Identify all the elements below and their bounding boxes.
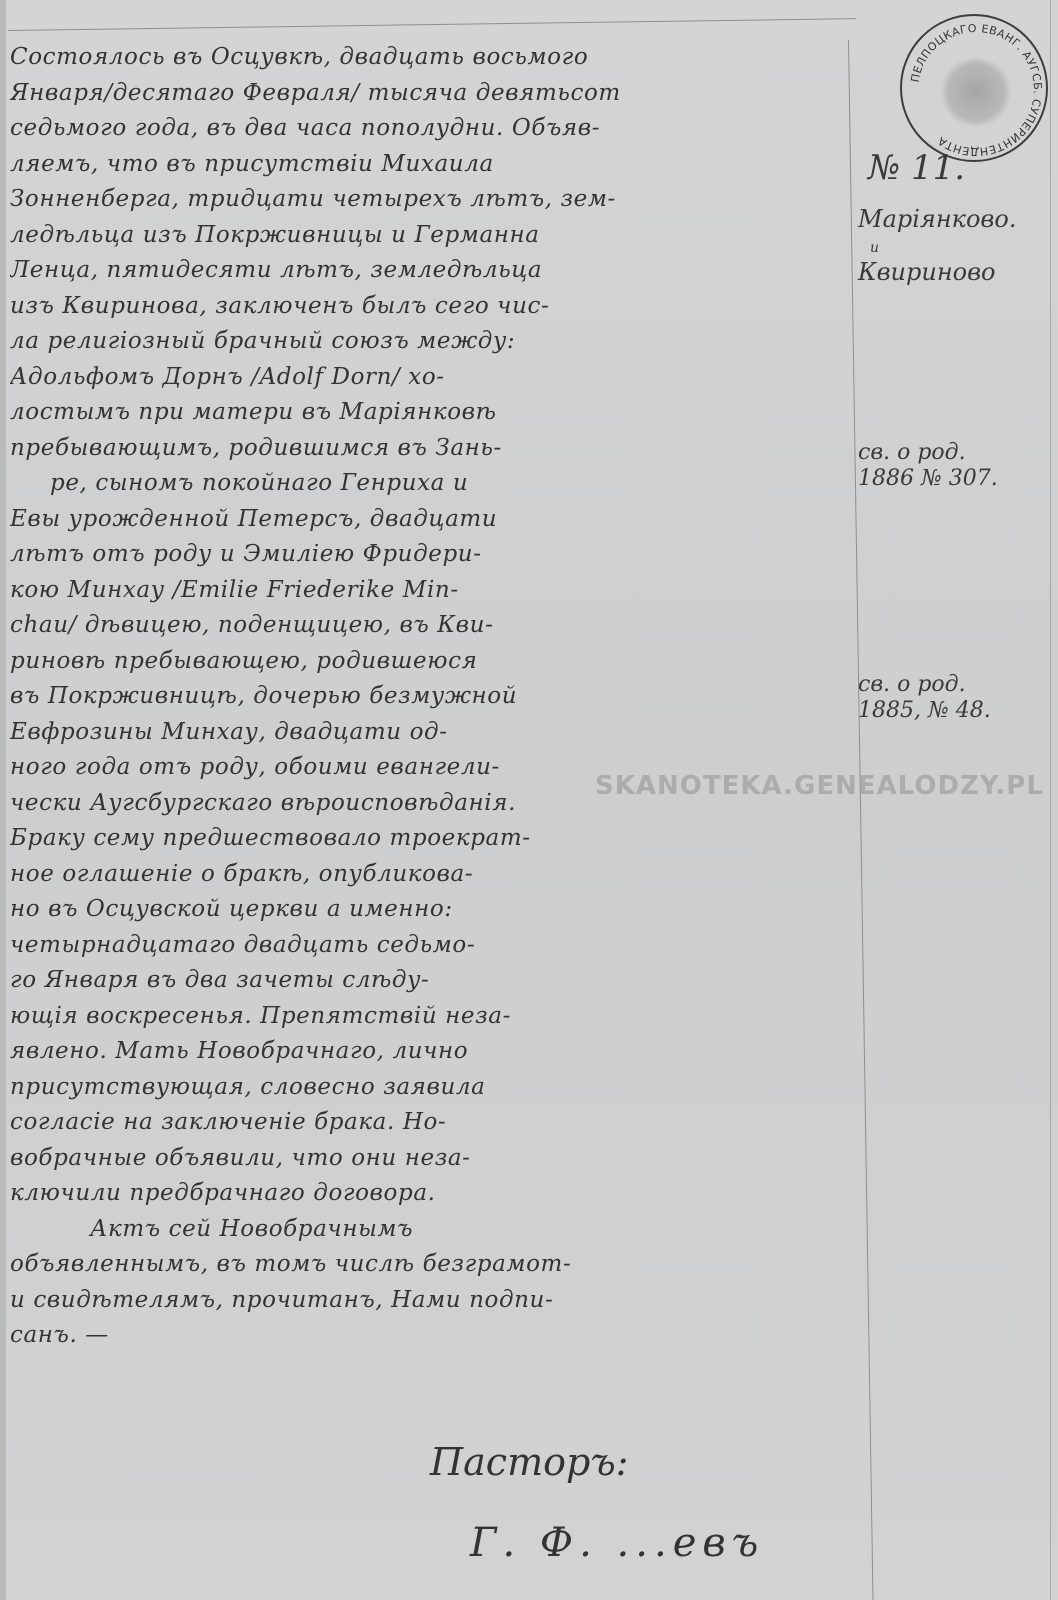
body-line: седьмого года, въ два часа пополудни. Об…	[10, 111, 845, 147]
body-line: но въ Осцувской церкви а именно:	[10, 892, 845, 928]
watermark: SKANOTEKA.GENEALODZY.PL	[595, 771, 1044, 801]
body-line: Адольфомъ Дорнъ /Adolf Dorn/ хо-	[10, 360, 845, 396]
body-line: объявленнымъ, въ томъ числѣ безграмот-	[10, 1247, 845, 1283]
document-page: Состоялось въ Осцувкѣ, двадцать восьмого…	[0, 0, 1058, 1600]
body-line: ла религіозный брачный союзъ между:	[10, 324, 845, 360]
groom-birth-reference: св. о род. 1886 № 307.	[858, 440, 1053, 492]
margin-place-2: Квириново	[858, 258, 1053, 286]
body-line: ре, сыномъ покойнаго Генриха и	[10, 466, 845, 502]
stamp-ring-text: ПЕЛПОЦКАГО ЕВАНГ. АУГСБ. СУПЕРИНТЕНДЕНТА	[902, 16, 1050, 164]
body-line: пребывающимъ, родившимся въ Зань-	[10, 431, 845, 467]
body-line: риновѣ пребывающею, родившеюся	[10, 644, 845, 680]
body-line: лостымъ при матери въ Маріянковѣ	[10, 395, 845, 431]
pastor-signature: Г. Ф. ...евъ	[470, 1520, 764, 1566]
body-line: Состоялось въ Осцувкѣ, двадцать восьмого	[10, 40, 845, 76]
body-line: явлено. Мать Новобрачнаго, лично	[10, 1034, 845, 1070]
top-rule-line	[8, 18, 856, 31]
body-line: въ Покрживницѣ, дочерью безмужной	[10, 679, 845, 715]
body-line: санъ. —	[10, 1318, 845, 1354]
body-line: четырнадцатаго двадцать седьмо-	[10, 928, 845, 964]
margin-conjunction: и	[858, 240, 1058, 256]
body-line: и свидѣтелямъ, прочитанъ, Нами подпи-	[10, 1283, 845, 1319]
body-line: присутствующая, словесно заявила	[10, 1070, 845, 1106]
svg-text:ПЕЛПОЦКАГО ЕВАНГ. АУГСБ. СУПЕР: ПЕЛПОЦКАГО ЕВАНГ. АУГСБ. СУПЕРИНТЕНДЕНТА	[908, 22, 1044, 158]
body-line: ледѣльца изъ Покрживницы и Германна	[10, 218, 845, 254]
body-line: Евы урожденной Петерсъ, двадцати	[10, 502, 845, 538]
margin-place-1: Маріянково.	[858, 205, 1053, 233]
page-left-edge	[0, 0, 6, 1600]
groom-ref-line-1: св. о род.	[858, 440, 1053, 466]
body-line: вобрачные объявили, что они неза-	[10, 1141, 845, 1177]
body-line: согласіе на заключеніе брака. Но-	[10, 1105, 845, 1141]
body-line: chau/ дѣвицею, поденщицею, въ Кви-	[10, 608, 845, 644]
body-line: ющія воскресенья. Препятствій неза-	[10, 999, 845, 1035]
record-number: № 11.	[858, 148, 1058, 188]
body-line: Евфрозины Минхау, двадцати од-	[10, 715, 845, 751]
body-line: Января/десятаго Февраля/ тысяча девятьсо…	[10, 76, 845, 112]
bride-ref-line-2: 1885, № 48.	[858, 698, 1053, 724]
body-line: лѣтъ отъ роду и Эмиліею Фридери-	[10, 537, 845, 573]
body-line: Зонненберга, тридцати четырехъ лѣтъ, зем…	[10, 182, 845, 218]
bride-ref-line-1: св. о род.	[858, 672, 1053, 698]
body-line: ляемъ, что въ присутствіи Михаила	[10, 147, 845, 183]
pastor-title: Пасторъ:	[430, 1440, 628, 1484]
superintendent-stamp: ПЕЛПОЦКАГО ЕВАНГ. АУГСБ. СУПЕРИНТЕНДЕНТА	[900, 14, 1048, 162]
body-line: изъ Квиринова, заключенъ былъ сего чис-	[10, 289, 845, 325]
body-line: Браку сему предшествовало троекрат-	[10, 821, 845, 857]
body-line: Ленца, пятидесяти лѣтъ, земледѣльца	[10, 253, 845, 289]
bride-birth-reference: св. о род. 1885, № 48.	[858, 672, 1053, 724]
body-line: го Января въ два зачеты слѣду-	[10, 963, 845, 999]
record-body: Состоялось въ Осцувкѣ, двадцать восьмого…	[10, 40, 845, 1354]
body-line: Актъ сей Новобрачнымъ	[10, 1212, 845, 1248]
body-line: ключили предбрачнаго договора.	[10, 1176, 845, 1212]
groom-ref-line-2: 1886 № 307.	[858, 466, 1053, 492]
body-line: ное оглашеніе о бракѣ, опубликова-	[10, 857, 845, 893]
body-line: кою Минхау /Emilie Friederike Min-	[10, 573, 845, 609]
